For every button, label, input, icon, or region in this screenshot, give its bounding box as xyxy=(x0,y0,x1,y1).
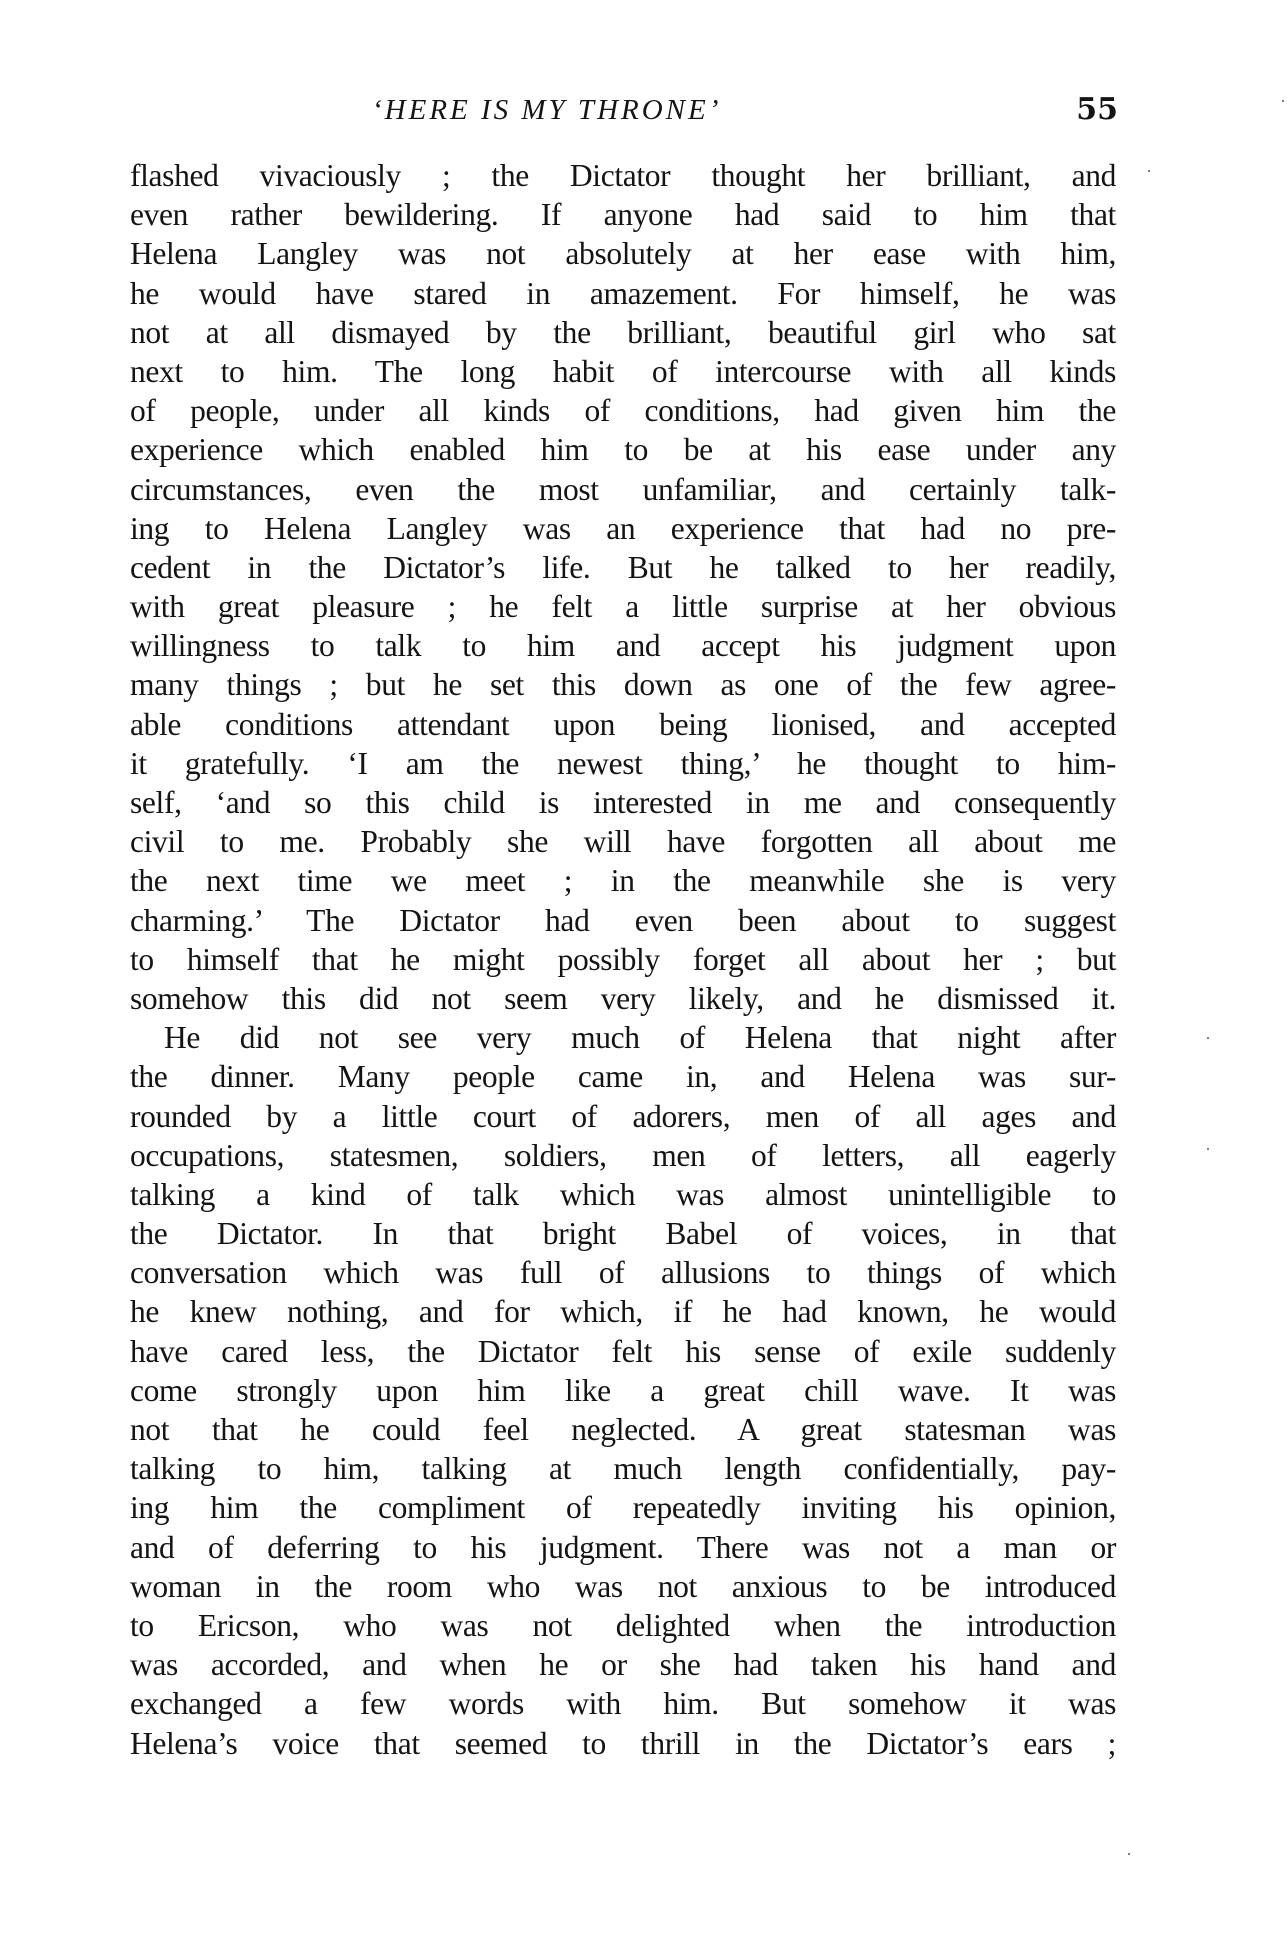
text-line: conversation which was full of allusions… xyxy=(130,1253,1116,1292)
text-line: willingness to talk to him and accept hi… xyxy=(130,626,1116,665)
text-line: the Dictator. In that bright Babel of vo… xyxy=(130,1214,1116,1253)
text-line: the next time we meet ; in the meanwhile… xyxy=(130,861,1116,900)
text-line: he would have stared in amazement. For h… xyxy=(130,274,1116,313)
text-line: exchanged a few words with him. But some… xyxy=(130,1684,1116,1723)
body-text: flashed vivaciously ; the Dictator thoug… xyxy=(130,156,1116,1763)
text-line: flashed vivaciously ; the Dictator thoug… xyxy=(130,156,1116,195)
text-line: woman in the room who was not anxious to… xyxy=(130,1567,1116,1606)
text-line: charming.’ The Dictator had even been ab… xyxy=(130,901,1116,940)
running-title: ‘HERE IS MY THRONE’ xyxy=(372,90,872,130)
scan-speck xyxy=(1282,100,1284,102)
text-line: occupations, statesmen, soldiers, men of… xyxy=(130,1136,1116,1175)
paragraph-start-line: He did not see very much of Helena that … xyxy=(130,1018,1116,1057)
text-line: civil to me. Probably she will have forg… xyxy=(130,822,1116,861)
text-line: have cared less, the Dictator felt his s… xyxy=(130,1332,1116,1371)
text-line: talking to him, talking at much length c… xyxy=(130,1449,1116,1488)
text-line: come strongly upon him like a great chil… xyxy=(130,1371,1116,1410)
scan-speck xyxy=(1207,1037,1209,1039)
text-line: next to him. The long habit of intercour… xyxy=(130,352,1116,391)
text-line: with great pleasure ; he felt a little s… xyxy=(130,587,1116,626)
running-head: ‘HERE IS MY THRONE’ 55 xyxy=(0,90,1287,130)
text-line: to Ericson, who was not delighted when t… xyxy=(130,1606,1116,1645)
text-line: it gratefully. ‘I am the newest thing,’ … xyxy=(130,744,1116,783)
scan-speck xyxy=(1207,1148,1209,1150)
text-line: rounded by a little court of adorers, me… xyxy=(130,1097,1116,1136)
text-line: and of deferring to his judgment. There … xyxy=(130,1528,1116,1567)
text-line: able conditions attendant upon being lio… xyxy=(130,705,1116,744)
text-line: many things ; but he set this down as on… xyxy=(130,665,1116,704)
text-line: even rather bewildering. If anyone had s… xyxy=(130,195,1116,234)
text-line: experience which enabled him to be at hi… xyxy=(130,430,1116,469)
text-line: not at all dismayed by the brilliant, be… xyxy=(130,313,1116,352)
text-line: not that he could feel neglected. A grea… xyxy=(130,1410,1116,1449)
text-line: Helena’s voice that seemed to thrill in … xyxy=(130,1724,1116,1763)
text-line: of people, under all kinds of conditions… xyxy=(130,391,1116,430)
page-number: 55 xyxy=(1076,90,1118,130)
text-line: circumstances, even the most unfamiliar,… xyxy=(130,470,1116,509)
text-line: the dinner. Many people came in, and Hel… xyxy=(130,1057,1116,1096)
text-line: Helena Langley was not absolutely at her… xyxy=(130,234,1116,273)
text-line: talking a kind of talk which was almost … xyxy=(130,1175,1116,1214)
text-line: he knew nothing, and for which, if he ha… xyxy=(130,1292,1116,1331)
text-line: somehow this did not seem very likely, a… xyxy=(130,979,1116,1018)
text-line: self, ‘and so this child is interested i… xyxy=(130,783,1116,822)
text-line: was accorded, and when he or she had tak… xyxy=(130,1645,1116,1684)
scan-speck xyxy=(1148,170,1150,172)
text-line: ing him the compliment of repeatedly inv… xyxy=(130,1488,1116,1527)
text-line: cedent in the Dictator’s life. But he ta… xyxy=(130,548,1116,587)
text-line: to himself that he might possibly forget… xyxy=(130,940,1116,979)
scan-speck xyxy=(1128,1853,1130,1855)
text-line: ing to Helena Langley was an experience … xyxy=(130,509,1116,548)
